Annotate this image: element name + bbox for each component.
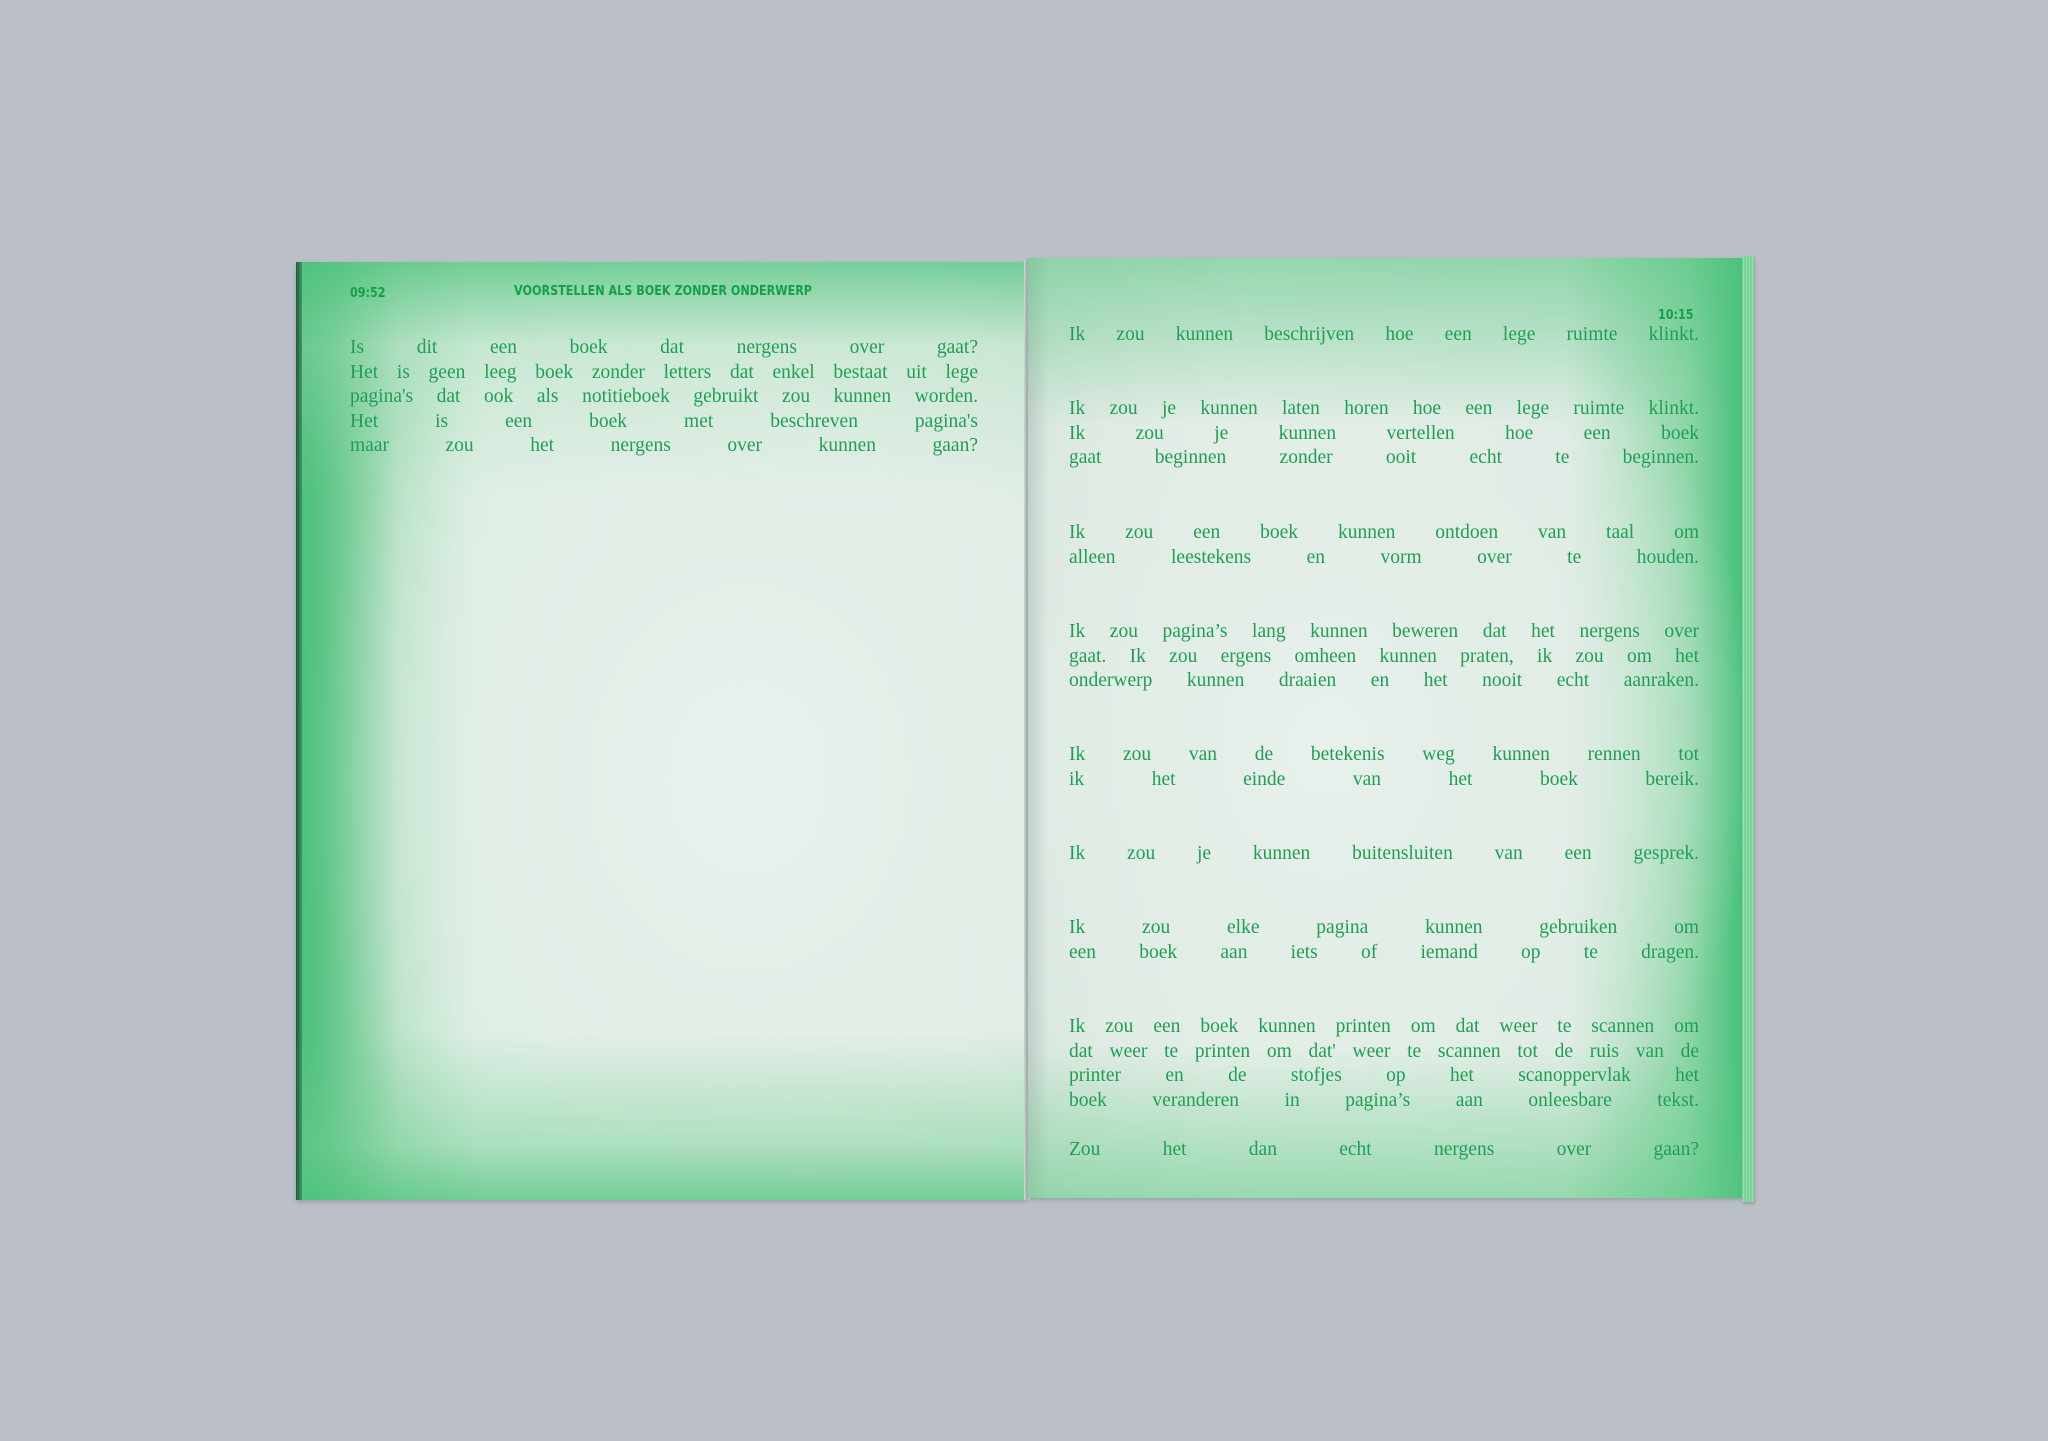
text-line: Ik zou je kunnen vertellen hoe een boek	[1069, 422, 1699, 447]
right-text-block: Ik zou kunnen beschrijven hoe een lege r…	[1069, 323, 1699, 1183]
text-line: onderwerp kunnen draaien en het nooit ec…	[1069, 669, 1699, 694]
text-line: Ik zou pagina’s lang kunnen beweren dat …	[1069, 620, 1699, 645]
text-line: Ik zou je kunnen buitensluiten van een g…	[1069, 842, 1699, 867]
book-spread: 09:52 VOORSTELLEN ALS BOEK ZONDER ONDERW…	[0, 0, 2048, 1441]
text-line: Ik zou je kunnen laten horen hoe een leg…	[1069, 397, 1699, 422]
right-page: 10:15 Ik zou kunnen beschrijven hoe een …	[1028, 258, 1744, 1198]
text-line: Ik zou elke pagina kunnen gebruiken om	[1069, 916, 1699, 941]
paragraph-8: Ik zou een boek kunnen printen om dat we…	[1069, 1015, 1699, 1113]
paragraph-3: Ik zou een boek kunnen ontdoen van taal …	[1069, 521, 1699, 570]
text-line: Zou het dan echt nergens over gaan?	[1069, 1138, 1699, 1163]
page-edges	[1742, 256, 1754, 1202]
text-line: ik het einde van het boek bereik.	[1069, 768, 1699, 793]
paragraph-1: Ik zou kunnen beschrijven hoe een lege r…	[1069, 323, 1699, 348]
text-line: maar zou het nergens over kunnen gaan?	[350, 434, 978, 459]
text-line: gaat. Ik zou ergens omheen kunnen praten…	[1069, 645, 1699, 670]
text-line: alleen leestekens en vorm over te houden…	[1069, 546, 1699, 571]
text-line: Het is een boek met beschreven pagina's	[350, 410, 978, 435]
left-page: 09:52 VOORSTELLEN ALS BOEK ZONDER ONDERW…	[296, 262, 1026, 1200]
text-line: gaat beginnen zonder ooit echt te beginn…	[1069, 446, 1699, 471]
running-title: VOORSTELLEN ALS BOEK ZONDER ONDERWERP	[514, 284, 812, 299]
paragraph-7: Ik zou elke pagina kunnen gebruiken om e…	[1069, 916, 1699, 965]
paragraph-5: Ik zou van de betekenis weg kunnen renne…	[1069, 743, 1699, 792]
text-line: Ik zou een boek kunnen printen om dat we…	[1069, 1015, 1699, 1040]
text-line: pagina's dat ook als notitieboek gebruik…	[350, 385, 978, 410]
paragraph-9: Zou het dan echt nergens over gaan?	[1069, 1138, 1699, 1163]
right-page-time: 10:15	[1658, 308, 1694, 323]
text-line: boek veranderen in pagina’s aan onleesba…	[1069, 1089, 1699, 1114]
text-line: een boek aan iets of iemand op te dragen…	[1069, 941, 1699, 966]
text-line: Is dit een boek dat nergens over gaat?	[350, 336, 978, 361]
text-line: Ik zou van de betekenis weg kunnen renne…	[1069, 743, 1699, 768]
paragraph-4: Ik zou pagina’s lang kunnen beweren dat …	[1069, 620, 1699, 694]
text-line: Ik zou een boek kunnen ontdoen van taal …	[1069, 521, 1699, 546]
text-line: printer en de stofjes op het scanoppervl…	[1069, 1064, 1699, 1089]
text-line: Het is geen leeg boek zonder letters dat…	[350, 361, 978, 386]
text-line: Ik zou kunnen beschrijven hoe een lege r…	[1069, 323, 1699, 348]
text-line: dat weer te printen om dat' weer te scan…	[1069, 1040, 1699, 1065]
paragraph-6: Ik zou je kunnen buitensluiten van een g…	[1069, 842, 1699, 867]
paragraph-2: Ik zou je kunnen laten horen hoe een leg…	[1069, 397, 1699, 471]
left-page-time: 09:52	[350, 286, 386, 301]
left-paragraph: Is dit een boek dat nergens over gaat? H…	[350, 336, 978, 459]
